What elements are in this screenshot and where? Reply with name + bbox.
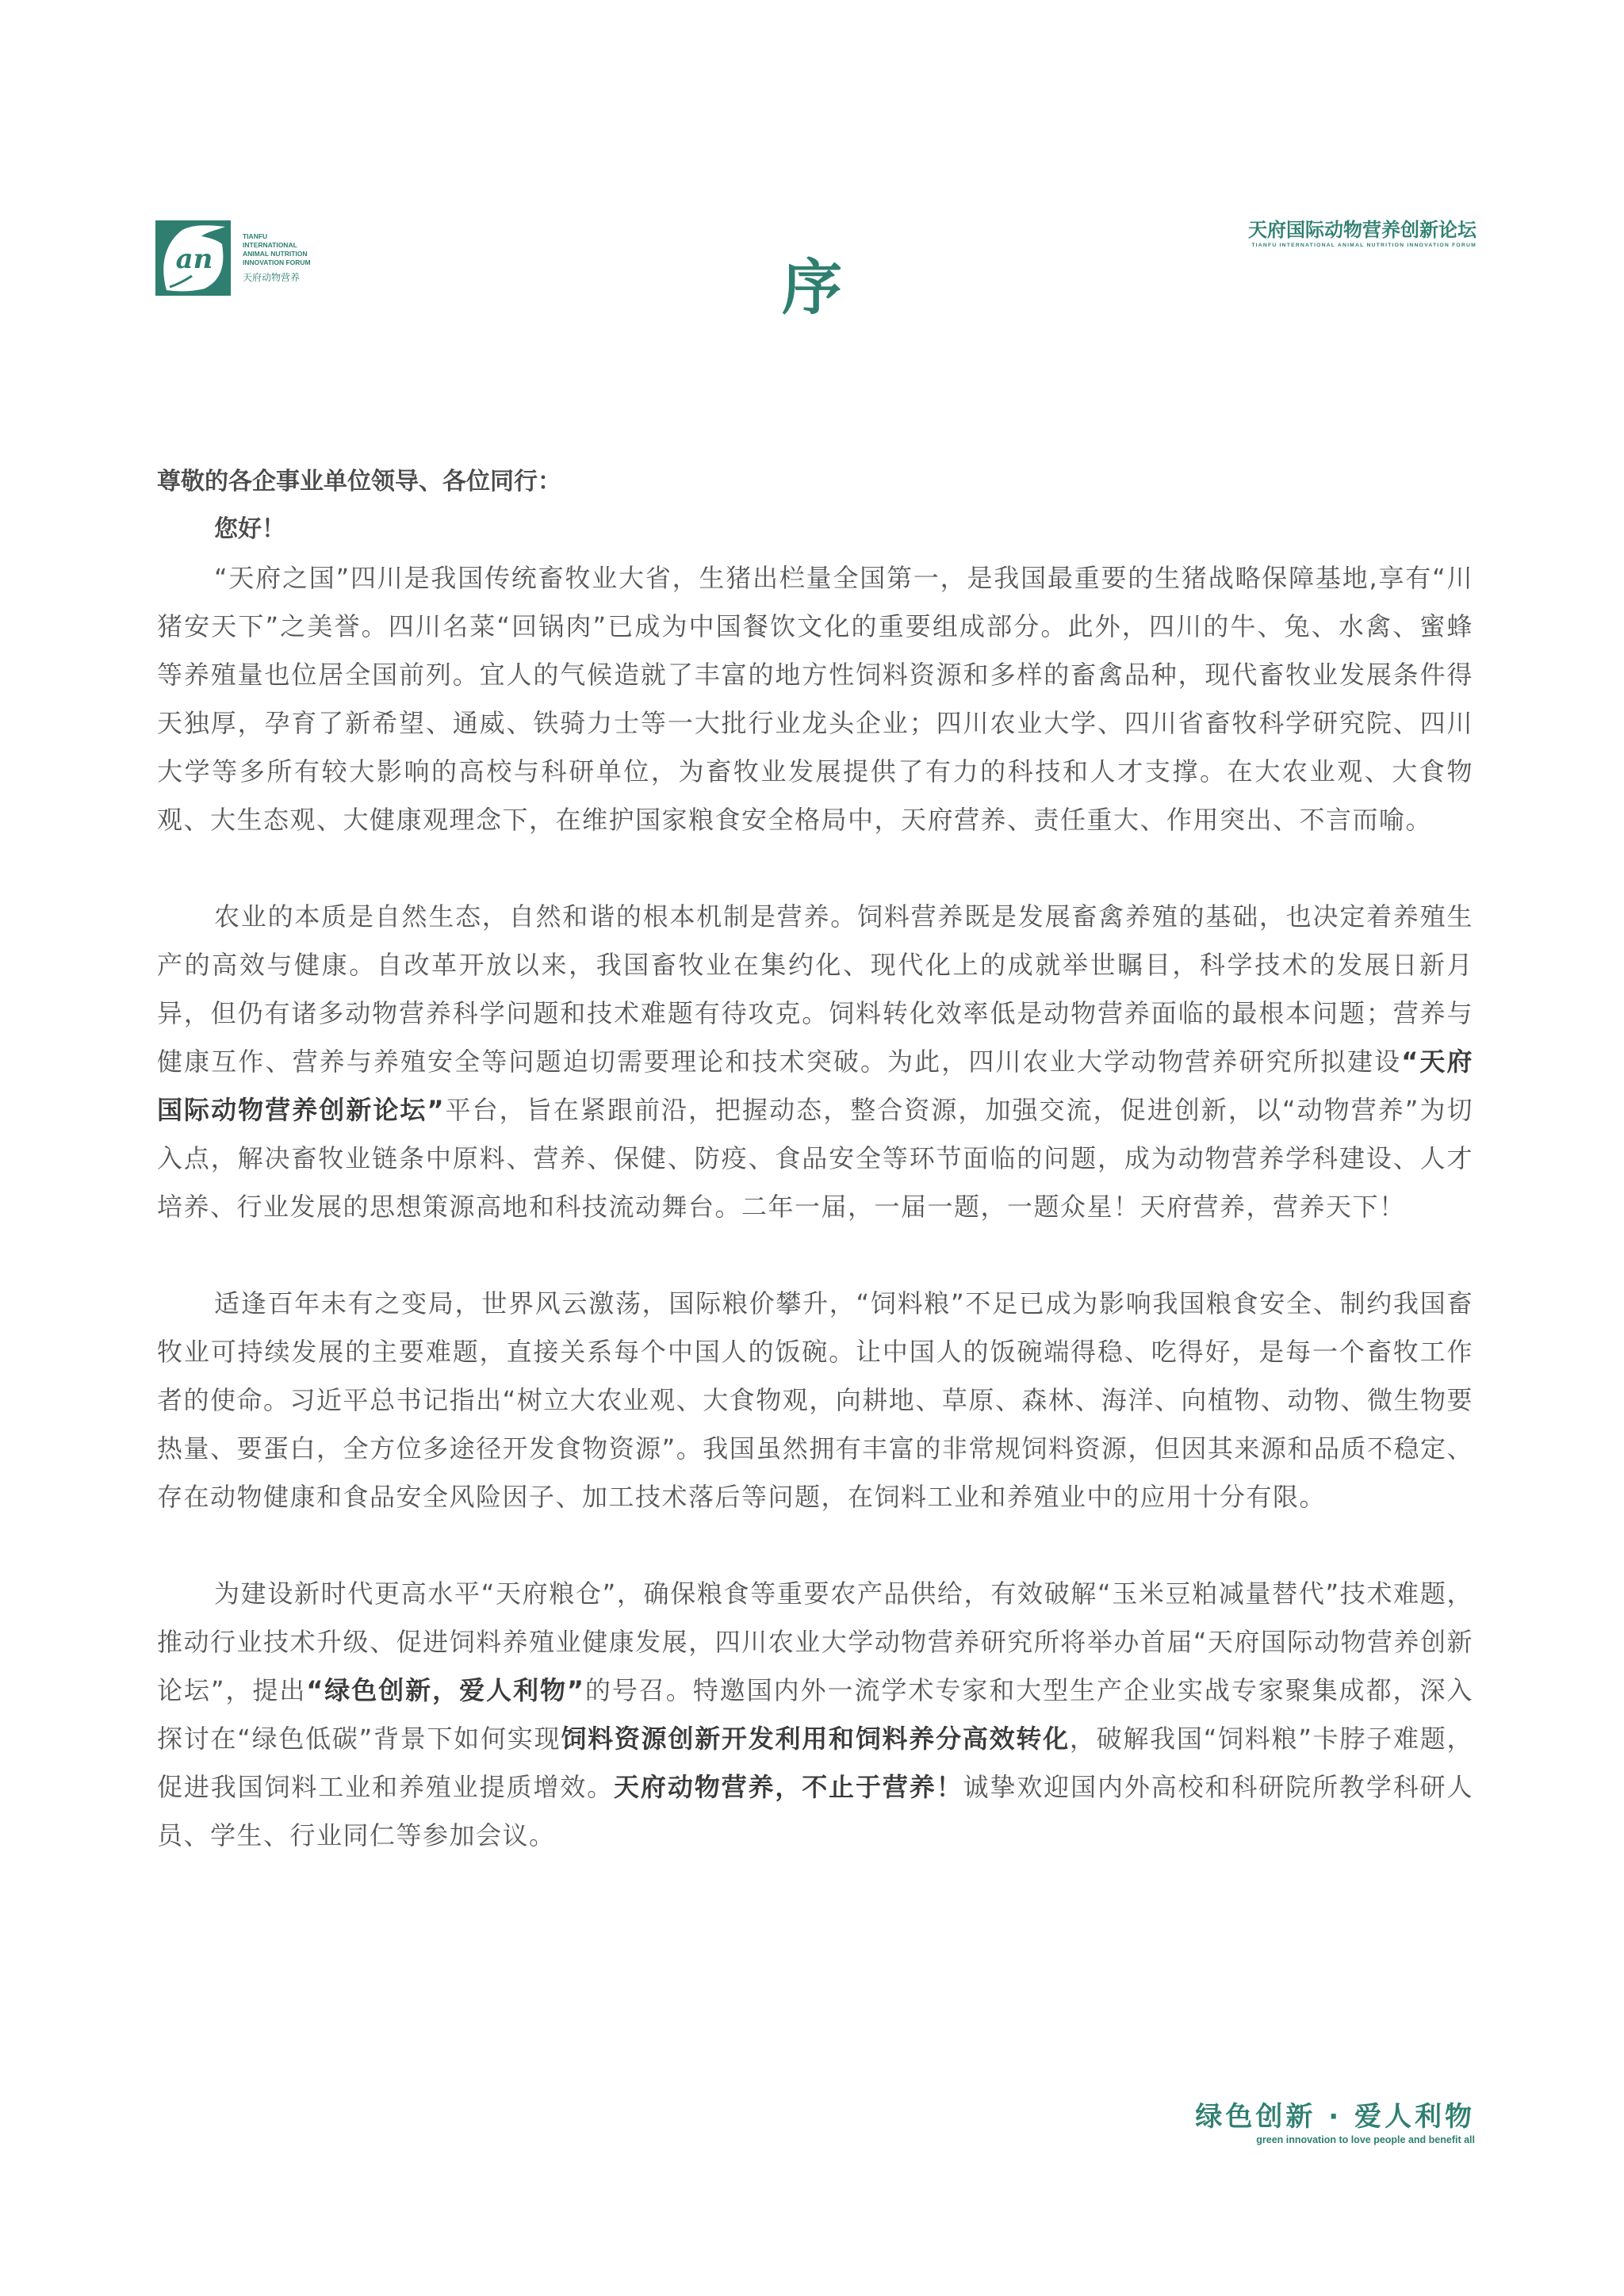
bold-phrase: 天府动物营养，不止于营养！ — [614, 1772, 963, 1802]
footer-slogan: 绿色创新 · 爱人利物 green innovation to love peo… — [1195, 2101, 1475, 2145]
text-run: 农业的本质是自然生态，自然和谐的根本机制是营养。饲料营养既是发展畜禽养殖的基础，… — [157, 901, 1473, 1077]
forum-name-header: 天府国际动物营养创新论坛 TIANFU INTERNATIONAL ANIMAL… — [1248, 219, 1477, 248]
preface-body: 尊敬的各企事业单位领导、各位同行： 您好！ “天府之国”四川是我国传统畜牧业大省… — [157, 464, 1473, 1860]
paragraph: 为建设新时代更高水平“天府粮仓”，确保粮食等重要农产品供给，有效破解“玉米豆粕减… — [157, 1570, 1473, 1860]
greeting: 尊敬的各企事业单位领导、各位同行： — [157, 464, 1473, 500]
paragraph: 适逢百年未有之变局，世界风云激荡，国际粮价攀升，“饲料粮”不足已成为影响我国粮食… — [157, 1280, 1473, 1521]
logo-en-line: INTERNATIONAL — [243, 241, 311, 250]
salutation: 您好！ — [214, 511, 1473, 548]
slogan-cn: 绿色创新 · 爱人利物 — [1195, 2101, 1475, 2133]
bold-phrase: “绿色创新，爱人利物” — [306, 1675, 584, 1705]
paragraph: “天府之国”四川是我国传统畜牧业大省，生猪出栏量全国第一，是我国最重要的生猪战略… — [157, 554, 1473, 844]
bold-phrase: 饲料资源创新开发利用和饲料养分高效转化 — [561, 1724, 1070, 1754]
page-title: 序 — [0, 252, 1624, 323]
logo-en-line: TIANFU — [243, 232, 311, 241]
slogan-en: green innovation to love people and bene… — [1195, 2134, 1475, 2145]
text-run: “天府之国”四川是我国传统畜牧业大省，生猪出栏量全国第一，是我国最重要的生猪战略… — [157, 563, 1473, 835]
text-run: 适逢百年未有之变局，世界风云激荡，国际粮价攀升，“饲料粮”不足已成为影响我国粮食… — [157, 1288, 1473, 1512]
forum-name-cn: 天府国际动物营养创新论坛 — [1248, 219, 1477, 241]
forum-name-en: TIANFU INTERNATIONAL ANIMAL NUTRITION IN… — [1248, 243, 1477, 248]
paragraph: 农业的本质是自然生态，自然和谐的根本机制是营养。饲料营养既是发展畜禽养殖的基础，… — [157, 893, 1473, 1231]
